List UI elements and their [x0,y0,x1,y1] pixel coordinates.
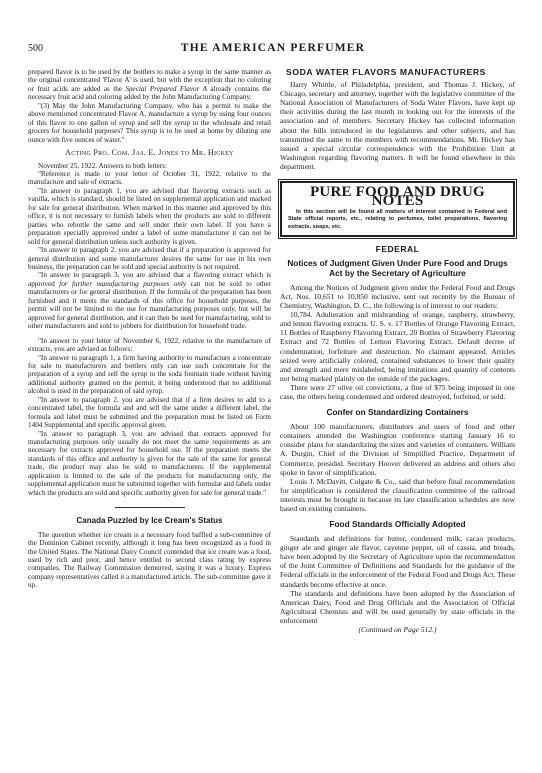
paragraph: "In answer to paragraph 2, you are advis… [28,246,271,271]
paragraph: Among the Notices of Judgment given unde… [280,283,515,310]
paragraph: November 25, 1922. Answers to both lette… [28,162,271,170]
paragraph: "In answer to paragraph 3, you are advis… [28,271,271,330]
paragraph: Standards and definitions for butter, co… [280,534,515,589]
paragraph: About 100 manufacturers, distributors an… [280,422,515,477]
paragraph: "Reference is made to your letter of Oct… [28,170,271,187]
continued-note: (Continued on Page 512.) [280,625,515,634]
paragraph: "(3) May the John Manufacturing Company,… [28,102,271,144]
paragraph: Harry Whittle, of Philadelphia, presiden… [280,80,515,171]
federal-label: FEDERAL [280,245,515,254]
containers-heading: Confer on Standardizing Containers [280,407,515,417]
paragraph: Louis J. McDavitt, Colgate & Co., said t… [280,477,515,513]
letter-heading: Acting Pro. Com. Jas. E. Jones to Mr. Hi… [28,149,271,157]
paragraph: 10,784. Adulteration and misbranding of … [280,310,515,383]
right-column: SODA WATER FLAVORS MANUFACTURERS Harry W… [280,68,515,634]
section-divider [115,507,185,508]
paragraph: The standards and definitions have been … [280,589,515,625]
page-header: 500 THE AMERICAN PERFUMER [28,43,518,57]
standards-heading: Food Standards Officially Adopted [280,519,515,529]
paragraph: "In answer to paragraph 3, you are advis… [28,430,271,498]
pure-food-notes-box: PURE FOOD AND DRUG NOTES In this section… [280,181,515,237]
notices-heading: Notices of Judgment Given Under Pure Foo… [280,258,515,278]
left-column: prepared flavor is to be used by the bot… [28,68,271,590]
paragraph: prepared flavor is to be used by the bot… [28,68,271,102]
notes-title: PURE FOOD AND DRUG NOTES [288,188,507,206]
paragraph: "In answer to paragraph 1, you are advis… [28,187,271,246]
canada-heading: Canada Puzzled by Ice Cream's Status [28,517,271,525]
paragraph: There were 27 olive oil convictions, a f… [280,383,515,401]
paragraph: "In answer to paragraph 1, a firm having… [28,354,271,396]
paragraph: The question whether ice cream is a nece… [28,531,271,590]
paragraph: "In answer to your letter of November 6,… [28,337,271,354]
notes-description: In this section will be found all matter… [288,209,507,231]
journal-title: THE AMERICAN PERFUMER [28,42,518,54]
paragraph: "In answer to paragraph 2, you are advis… [28,396,271,430]
soda-heading: SODA WATER FLAVORS MANUFACTURERS [280,68,515,77]
